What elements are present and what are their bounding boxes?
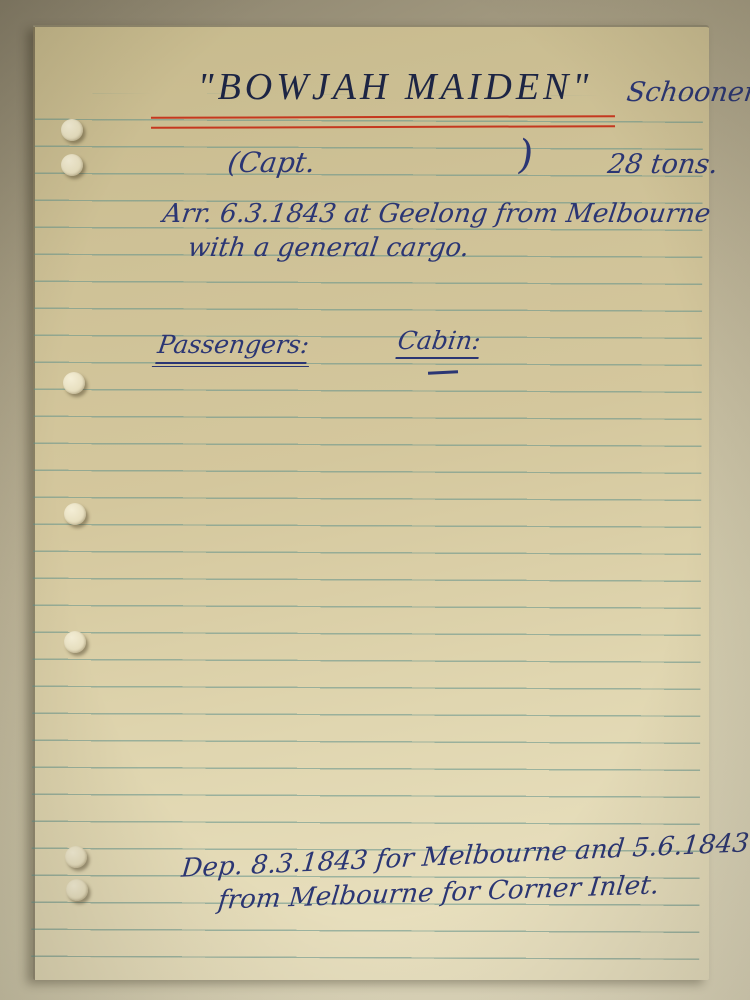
captain-field-open: (Capt. xyxy=(226,146,318,179)
vessel-name-title: "BOWJAH MAIDEN" xyxy=(165,65,625,109)
vessel-type-label: Schooner. xyxy=(625,77,750,108)
tonnage-value: 28 tons. xyxy=(606,149,720,180)
punch-hole xyxy=(64,503,86,525)
punch-hole xyxy=(64,631,86,653)
punch-hole xyxy=(61,154,83,176)
punch-hole xyxy=(65,846,87,868)
red-double-underline xyxy=(151,115,615,129)
punch-hole xyxy=(61,119,83,141)
cabin-heading: Cabin: xyxy=(396,326,483,355)
punch-hole xyxy=(63,372,85,394)
arrival-note-line2: with a general cargo. xyxy=(186,233,471,263)
arrival-note-line1: Arr. 6.3.1843 at Geelong from Melbourne xyxy=(161,199,713,229)
cabin-heading-label: Cabin: xyxy=(395,326,482,359)
punch-hole xyxy=(66,879,88,901)
notebook-page: "BOWJAH MAIDEN" Schooner. (Capt. ) 28 to… xyxy=(33,25,709,980)
passengers-heading: Passengers: xyxy=(156,330,311,359)
photographed-document: "BOWJAH MAIDEN" Schooner. (Capt. ) 28 to… xyxy=(0,0,750,1000)
passengers-heading-label: Passengers: xyxy=(155,330,311,364)
